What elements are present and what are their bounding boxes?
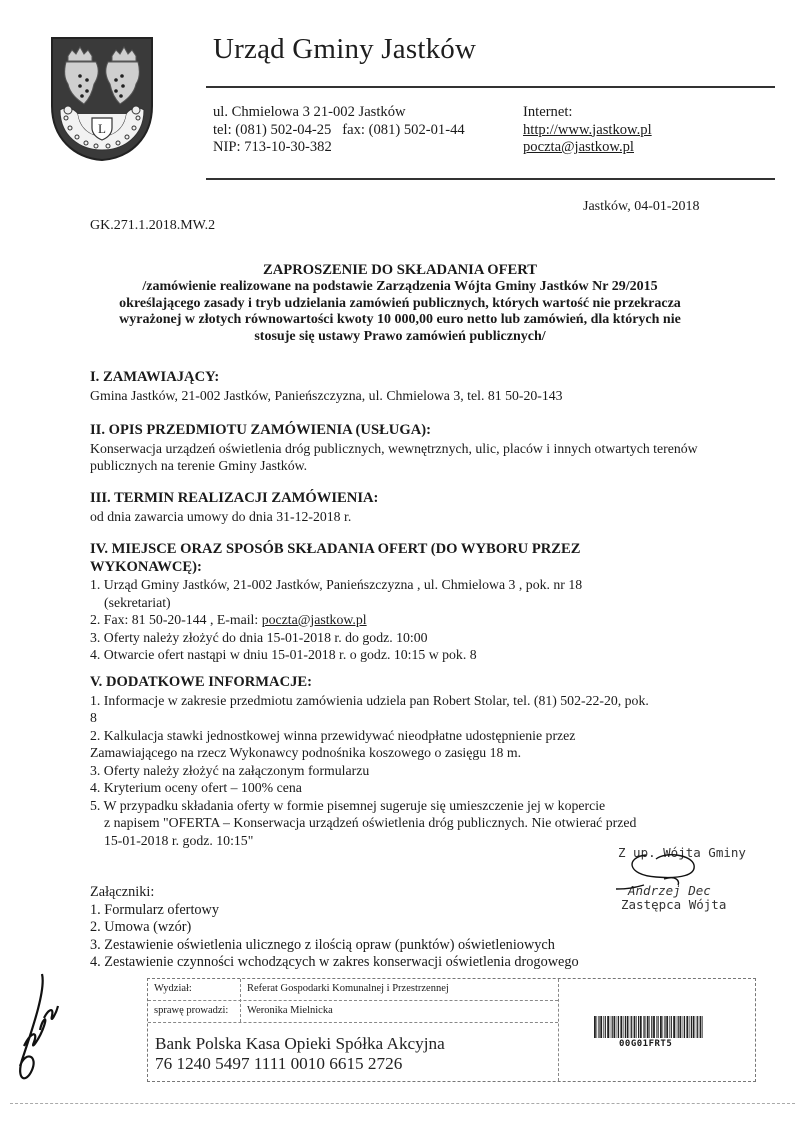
handler-label: sprawę prowadzi:	[154, 1005, 228, 1016]
bank-account: 76 1240 5497 1111 0010 6615 2726	[155, 1054, 445, 1074]
phone-fax-line: tel: (081) 502-04-25 fax: (081) 502-01-4…	[213, 122, 465, 140]
list-item-continuation: 8	[90, 709, 740, 727]
initials-signature-icon	[12, 970, 62, 1090]
heading-subtitle-line: /zamówienie realizowane na podstawie Zar…	[90, 279, 710, 296]
list-item: 3. Oferty należy złożyć do dnia 15-01-20…	[90, 629, 650, 647]
footer-row-department: Wydział: Referat Gospodarki Komunalnej i…	[148, 979, 558, 1001]
section-title: I. ZAMAWIAJĄCY:	[90, 369, 740, 387]
list-item-continuation: (sekretariat)	[90, 594, 650, 612]
section-deadline: III. TERMIN REALIZACJI ZAMÓWIENIA: od dn…	[90, 490, 740, 525]
list-item: 1. Urząd Gminy Jastków, 21-002 Jastków, …	[90, 576, 650, 594]
section-text: Konserwacja urządzeń oświetlenia dróg pu…	[90, 440, 740, 475]
heading-subtitle-line: wyrażonej w złotych równowartości kwoty …	[90, 312, 710, 329]
section-title: IV. MIEJSCE ORAZ SPOSÓB SKŁADANIA OFERT …	[90, 541, 650, 576]
bank-info: Bank Polska Kasa Opieki Spółka Akcyjna 7…	[155, 1034, 445, 1074]
section-additional-info: V. DODATKOWE INFORMACJE: 1. Informacje w…	[90, 674, 740, 849]
heading-subtitle-line: stosuje się ustawy Prawo zamówień public…	[90, 329, 710, 346]
section-title: II. OPIS PRZEDMIOTU ZAMÓWIENIA (USŁUGA):	[90, 422, 740, 440]
coat-of-arms-icon: L	[50, 36, 154, 162]
internet-label: Internet:	[523, 104, 652, 122]
nip-line: NIP: 713-10-30-382	[213, 139, 465, 157]
list-item-text: 2. Fax: 81 50-20-144 , E-mail:	[90, 612, 262, 627]
attachments-label: Załączniki:	[90, 884, 579, 902]
section-text: od dnia zawarcia umowy do dnia 31-12-201…	[90, 508, 740, 526]
list-item: 4. Kryterium oceny ofert – 100% cena	[90, 779, 740, 797]
website-link[interactable]: http://www.jastkow.pl	[523, 122, 652, 138]
signature-stamp: Z up. Wójta Gminy Andrzej Dec Zastępca W…	[606, 845, 776, 915]
barcode-text: 00G01FRT5	[619, 1039, 672, 1049]
list-item-continuation: z napisem "OFERTA – Konserwacja urządzeń…	[90, 814, 740, 832]
list-item: 2. Fax: 81 50-20-144 , E-mail: poczta@ja…	[90, 611, 650, 629]
svg-text:L: L	[98, 121, 106, 136]
attachments: Załączniki: 1. Formularz ofertowy 2. Umo…	[90, 884, 579, 972]
address-line: ul. Chmielowa 3 21-002 Jastków	[213, 104, 465, 122]
contact-block: Internet: http://www.jastkow.pl poczta@j…	[523, 104, 652, 157]
list-item: 1. Informacje w zakresie przedmiotu zamó…	[90, 692, 740, 710]
column-divider	[558, 979, 559, 1081]
handwritten-signature-icon	[606, 845, 776, 915]
list-item: 4. Otwarcie ofert nastąpi w dniu 15-01-2…	[90, 646, 650, 664]
section-submission: IV. MIEJSCE ORAZ SPOSÓB SKŁADANIA OFERT …	[90, 541, 650, 664]
page-bottom-divider	[10, 1103, 795, 1104]
section-text: Gmina Jastków, 21-002 Jastków, Panieńszc…	[90, 387, 740, 405]
heading-subtitle-line: określającego zasady i tryb udzielania z…	[90, 296, 710, 313]
header-divider-top	[206, 86, 775, 88]
bank-name: Bank Polska Kasa Opieki Spółka Akcyjna	[155, 1034, 445, 1054]
footer-info-box: Wydział: Referat Gospodarki Komunalnej i…	[147, 978, 756, 1082]
email-link[interactable]: poczta@jastkow.pl	[523, 139, 634, 155]
barcode-icon	[594, 1016, 704, 1038]
department-value: Referat Gospodarki Komunalnej i Przestrz…	[247, 983, 449, 994]
department-label: Wydział:	[154, 983, 192, 994]
attachment-item: 1. Formularz ofertowy	[90, 902, 579, 920]
list-item: 2. Kalkulacja stawki jednostkowej winna …	[90, 727, 740, 745]
address-block: ul. Chmielowa 3 21-002 Jastków tel: (081…	[213, 104, 465, 157]
header-divider-bottom	[206, 178, 775, 180]
section-title: V. DODATKOWE INFORMACJE:	[90, 674, 740, 692]
document-date: Jastków, 04-01-2018	[583, 199, 700, 215]
column-divider	[240, 979, 241, 1022]
list-item: 3. Oferty należy złożyć na załączonym fo…	[90, 762, 740, 780]
list-item-continuation: Zamawiającego na rzecz Wykonawcy podnośn…	[90, 744, 740, 762]
attachment-item: 3. Zestawienie oświetlenia ulicznego z i…	[90, 937, 579, 955]
handler-value: Weronika Mielnicka	[247, 1005, 333, 1016]
section-subject: II. OPIS PRZEDMIOTU ZAMÓWIENIA (USŁUGA):…	[90, 422, 740, 475]
list-item: 5. W przypadku składania oferty w formie…	[90, 797, 740, 815]
email-link[interactable]: poczta@jastkow.pl	[262, 612, 367, 627]
section-ordering-party: I. ZAMAWIAJĄCY: Gmina Jastków, 21-002 Ja…	[90, 369, 740, 404]
heading-title: ZAPROSZENIE DO SKŁADANIA OFERT	[90, 262, 710, 279]
section-title: III. TERMIN REALIZACJI ZAMÓWIENIA:	[90, 490, 740, 508]
document-heading: ZAPROSZENIE DO SKŁADANIA OFERT /zamówien…	[90, 262, 710, 346]
footer-row-handler: sprawę prowadzi: Weronika Mielnicka	[148, 1001, 558, 1023]
institution-title: Urząd Gminy Jastków	[213, 33, 476, 66]
reference-number: GK.271.1.2018.MW.2	[90, 218, 215, 234]
attachment-item: 2. Umowa (wzór)	[90, 919, 579, 937]
attachment-item: 4. Zestawienie czynności wchodzących w z…	[90, 954, 579, 972]
